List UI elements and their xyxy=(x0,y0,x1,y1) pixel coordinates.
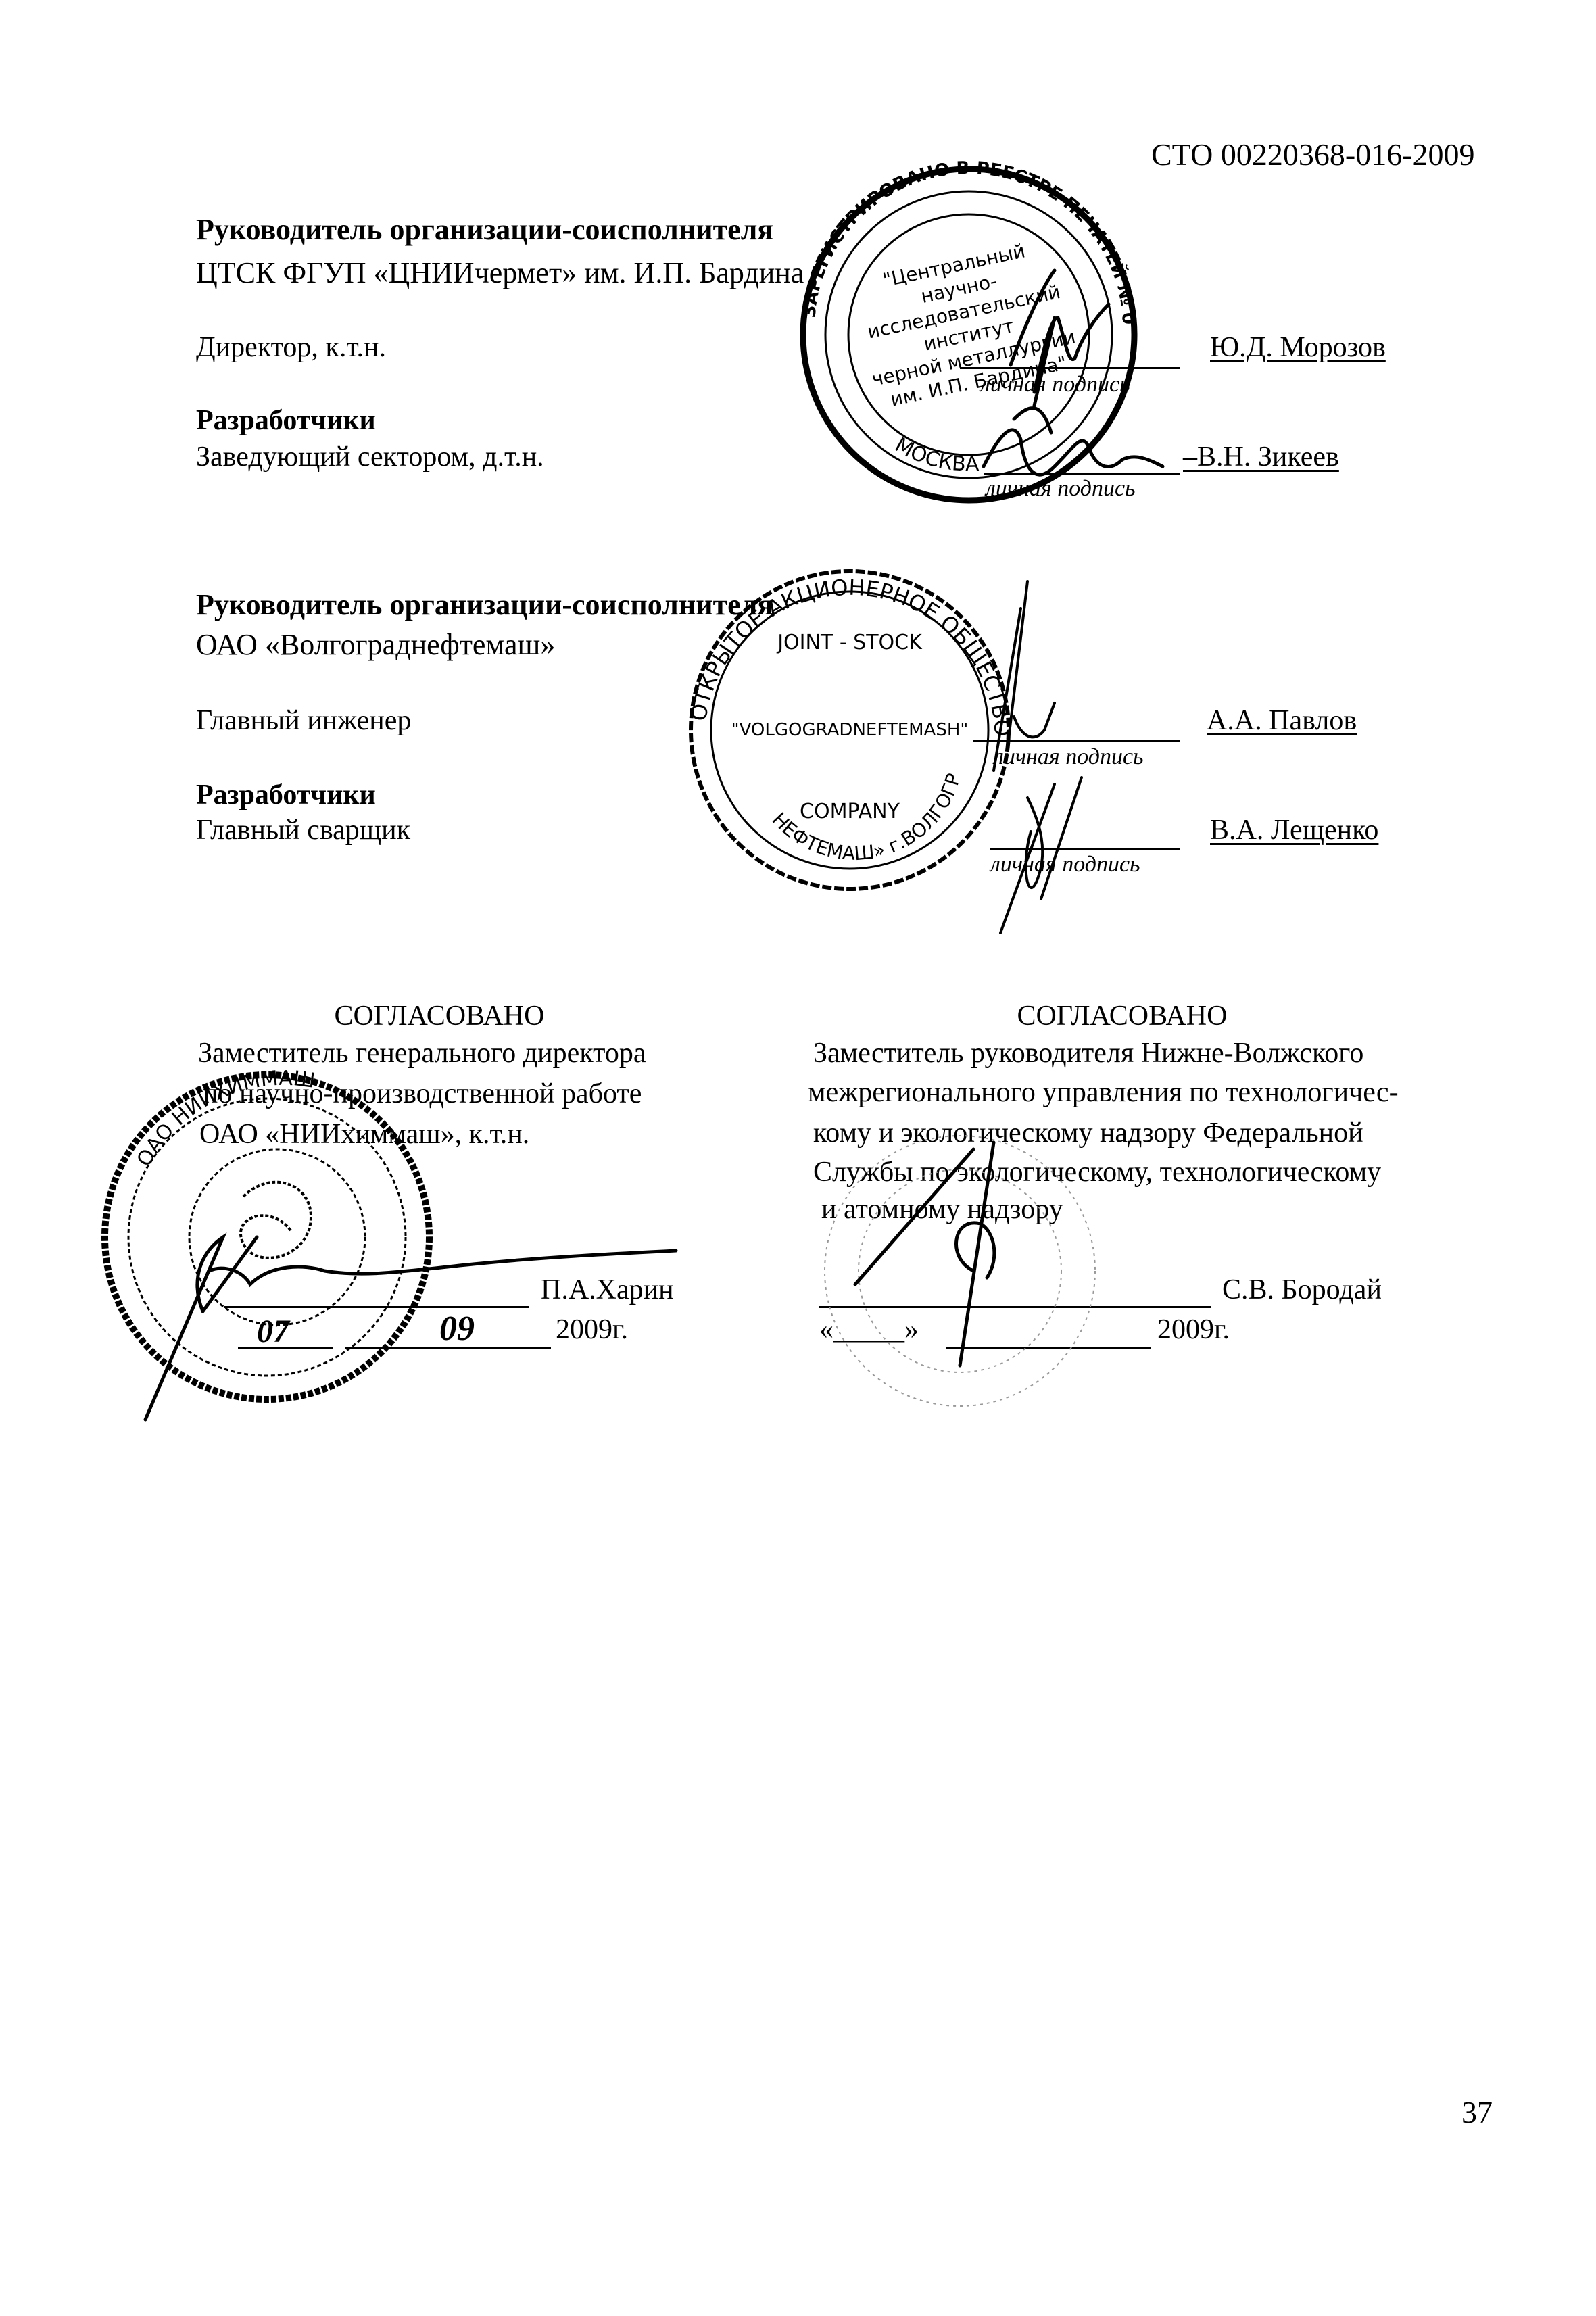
approval-left-heading: СОГЛАСОВАНО xyxy=(196,1002,683,1030)
approval-right-line-2: межрегионального управления по технологи… xyxy=(808,1078,1399,1107)
section2-head-signature-caption: личная подпись xyxy=(994,746,1144,769)
svg-text:институт: институт xyxy=(921,314,1016,355)
svg-text:НЕФТЕМАШ» г.ВОЛГОГРАД: НЕФТЕМАШ» г.ВОЛГОГРАД xyxy=(0,0,965,865)
svg-text:научно-: научно- xyxy=(919,270,998,308)
section2-head-signature-line xyxy=(973,740,1180,742)
approval-right-line-3: кому и экологическому надзору Федерально… xyxy=(813,1119,1363,1147)
approval-left-signature-line xyxy=(224,1306,529,1308)
approval-left-date-month: 09 xyxy=(439,1311,475,1347)
section2-org-heading: Руководитель организации-соисполнителя xyxy=(196,590,773,620)
section1-org-name: ЦТСК ФГУП «ЦНИИчермет» им. И.П. Бардина xyxy=(196,258,804,288)
section1-developers-heading: Разработчики xyxy=(196,406,376,435)
approval-left-line-1: Заместитель генерального директора xyxy=(198,1039,646,1067)
section2-org-name: ОАО «Волгограднефтемаш» xyxy=(196,630,555,660)
section1-developer-name: –В.Н. Зикеев xyxy=(1183,443,1339,471)
approval-right-line-5: и атомному надзору xyxy=(821,1195,1063,1224)
approval-right-date-prefix: «_____» xyxy=(819,1316,919,1344)
section1-developer-signature-caption: личная подпись xyxy=(986,477,1136,500)
approval-right-month-line xyxy=(946,1347,1151,1349)
approval-right-date-year: 2009г. xyxy=(1157,1316,1230,1344)
approval-right-line-1: Заместитель руководителя Нижне-Волжского xyxy=(813,1039,1363,1067)
section2-developers-heading: Разработчики xyxy=(196,781,376,809)
section2-developer-position: Главный сварщик xyxy=(196,816,410,844)
approval-right-heading: СОГЛАСОВАНО xyxy=(791,1002,1453,1030)
approval-right-signature-line xyxy=(819,1306,1211,1308)
approval-right-name: С.В. Бородай xyxy=(1222,1276,1382,1304)
section2-developer-signature-caption: личная подпись xyxy=(990,853,1140,876)
section1-head-signature-caption: личная подпись xyxy=(980,373,1130,396)
approval-left-name: П.А.Харин xyxy=(541,1276,674,1304)
svg-text:МОСКВА: МОСКВА xyxy=(891,433,980,477)
section1-org-heading: Руководитель организации-соисполнителя xyxy=(196,215,773,245)
approval-left-line-3: ОАО «НИИхиммаш», к.т.н. xyxy=(199,1120,529,1149)
section1-head-signature-line xyxy=(960,367,1180,369)
approval-right-line-4: Службы по экологическому, технологическо… xyxy=(813,1158,1381,1186)
approval-left-line-2: по научно-производственной работе xyxy=(203,1080,642,1108)
stamp-cniichermet xyxy=(803,169,1134,500)
section2-head-position: Главный инженер xyxy=(196,706,411,735)
section1-head-name: Ю.Д. Морозов xyxy=(1210,333,1386,362)
svg-text:исследовательский: исследовательский xyxy=(865,281,1062,343)
svg-text:"Центральный: "Центральный xyxy=(881,239,1027,291)
document-code: СТО 00220368-016-2009 xyxy=(1151,139,1475,170)
section2-developer-name: В.А. Лещенко xyxy=(1210,816,1378,844)
svg-text:JOINT - STOCK: JOINT - STOCK xyxy=(776,631,923,654)
approval-left-date-year: 2009г. xyxy=(556,1316,628,1344)
page-number: 37 xyxy=(1461,2097,1493,2128)
section1-head-position: Директор, к.т.н. xyxy=(196,333,386,362)
section1-developer-signature-line xyxy=(984,473,1180,475)
section2-head-name: А.А. Павлов xyxy=(1207,706,1357,735)
svg-text:"VOLGOGRADNEFTEMASH": "VOLGOGRADNEFTEMASH" xyxy=(731,720,969,740)
section1-developer-position: Заведующий сектором, д.т.н. xyxy=(196,443,544,471)
svg-text:COMPANY: COMPANY xyxy=(800,800,900,823)
section2-developer-signature-line xyxy=(990,848,1180,850)
approval-left-date-day: 07 xyxy=(257,1316,289,1348)
